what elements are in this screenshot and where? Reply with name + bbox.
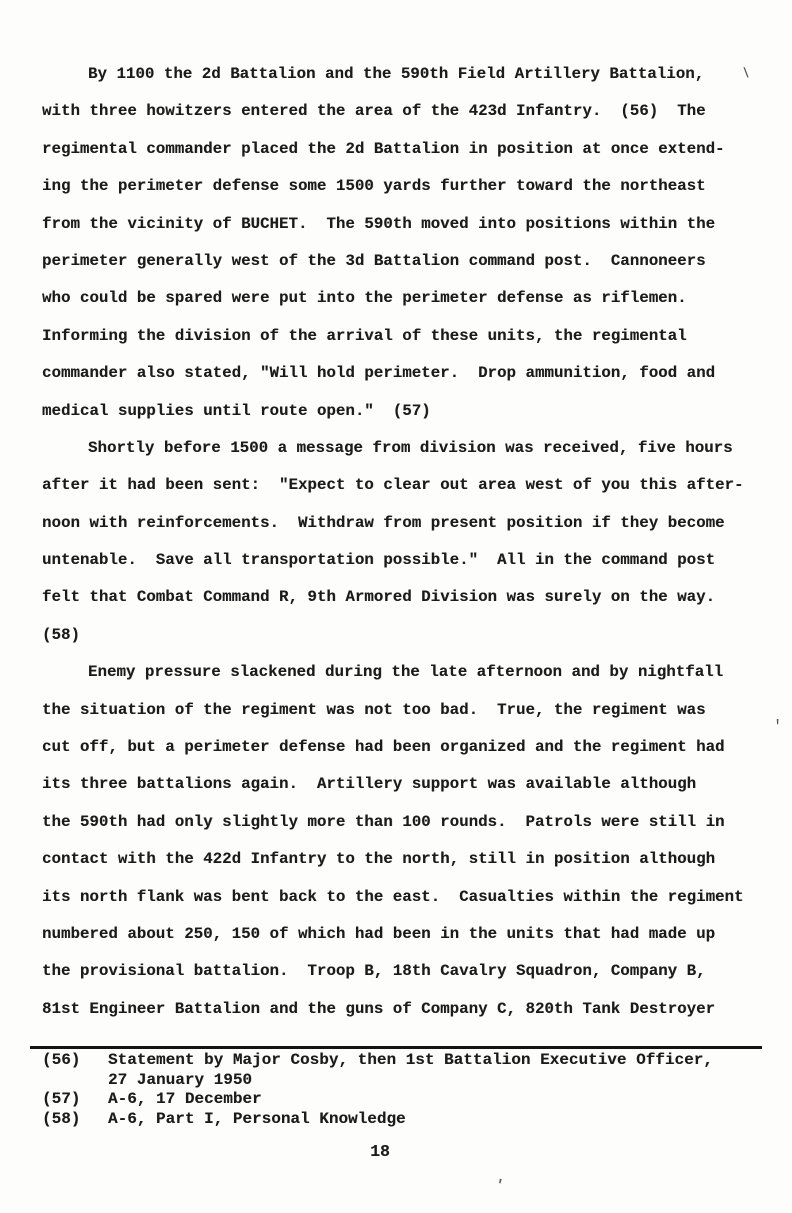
body-line: who could be spared were put into the pe… [42,280,754,317]
body-line: felt that Combat Command R, 9th Armored … [42,579,754,616]
page-number: 18 [0,1142,760,1161]
body-line: By 1100 the 2d Battalion and the 590th F… [42,56,754,93]
body-line: its north flank was bent back to the eas… [42,879,754,916]
footnote-line: Statement by Major Cosby, then 1st Batta… [108,1051,762,1071]
body-line: regimental commander placed the 2d Batta… [42,131,754,168]
body-line: the 590th had only slightly more than 10… [42,804,754,841]
footnote-line: A-6, Part I, Personal Knowledge [108,1110,762,1130]
body-line: Enemy pressure slackened during the late… [42,654,754,691]
body-line: medical supplies until route open." (57) [42,393,754,430]
body-line: with three howitzers entered the area of… [42,93,754,130]
body-line: noon with reinforcements. Withdraw from … [42,505,754,542]
body-line: perimeter generally west of the 3d Batta… [42,243,754,280]
scan-artifact: ' [774,717,781,737]
body-line: numbered about 250, 150 of which had bee… [42,916,754,953]
footnote-row: (57) A-6, 17 December [30,1090,762,1110]
body-line: Shortly before 1500 a message from divis… [42,430,754,467]
footnote-ref: (58) [42,1110,108,1130]
body-line: contact with the 422d Infantry to the no… [42,841,754,878]
footnote-row: (58) A-6, Part I, Personal Knowledge [30,1110,762,1130]
footnote-ref: (56) [42,1051,108,1090]
body-line: the situation of the regiment was not to… [42,692,754,729]
body-line: its three battalions again. Artillery su… [42,766,754,803]
body-line: the provisional battalion. Troop B, 18th… [42,953,754,990]
footnote-text: Statement by Major Cosby, then 1st Batta… [108,1051,762,1090]
body-line: cut off, but a perimeter defense had bee… [42,729,754,766]
footnote-row: (56) Statement by Major Cosby, then 1st … [30,1051,762,1090]
body-line: commander also stated, "Will hold perime… [42,355,754,392]
footnote-text: A-6, 17 December [108,1090,762,1110]
scan-artifact: ' [493,1177,505,1194]
body-line: Informing the division of the arrival of… [42,318,754,355]
footnote-line: 27 January 1950 [108,1071,762,1091]
body-line: 81st Engineer Battalion and the guns of … [42,991,754,1028]
footnote-ref: (57) [42,1090,108,1110]
body-line: (58) [42,617,754,654]
body-line: after it had been sent: "Expect to clear… [42,467,754,504]
footnote-text: A-6, Part I, Personal Knowledge [108,1110,762,1130]
body-line: ing the perimeter defense some 1500 yard… [42,168,754,205]
body-line: untenable. Save all transportation possi… [42,542,754,579]
document-page: By 1100 the 2d Battalion and the 590th F… [0,0,792,1213]
footnote-section: (56) Statement by Major Cosby, then 1st … [30,1046,762,1129]
document-body: By 1100 the 2d Battalion and the 590th F… [42,56,754,1028]
body-line: from the vicinity of BUCHET. The 590th m… [42,206,754,243]
footnote-line: A-6, 17 December [108,1090,762,1110]
